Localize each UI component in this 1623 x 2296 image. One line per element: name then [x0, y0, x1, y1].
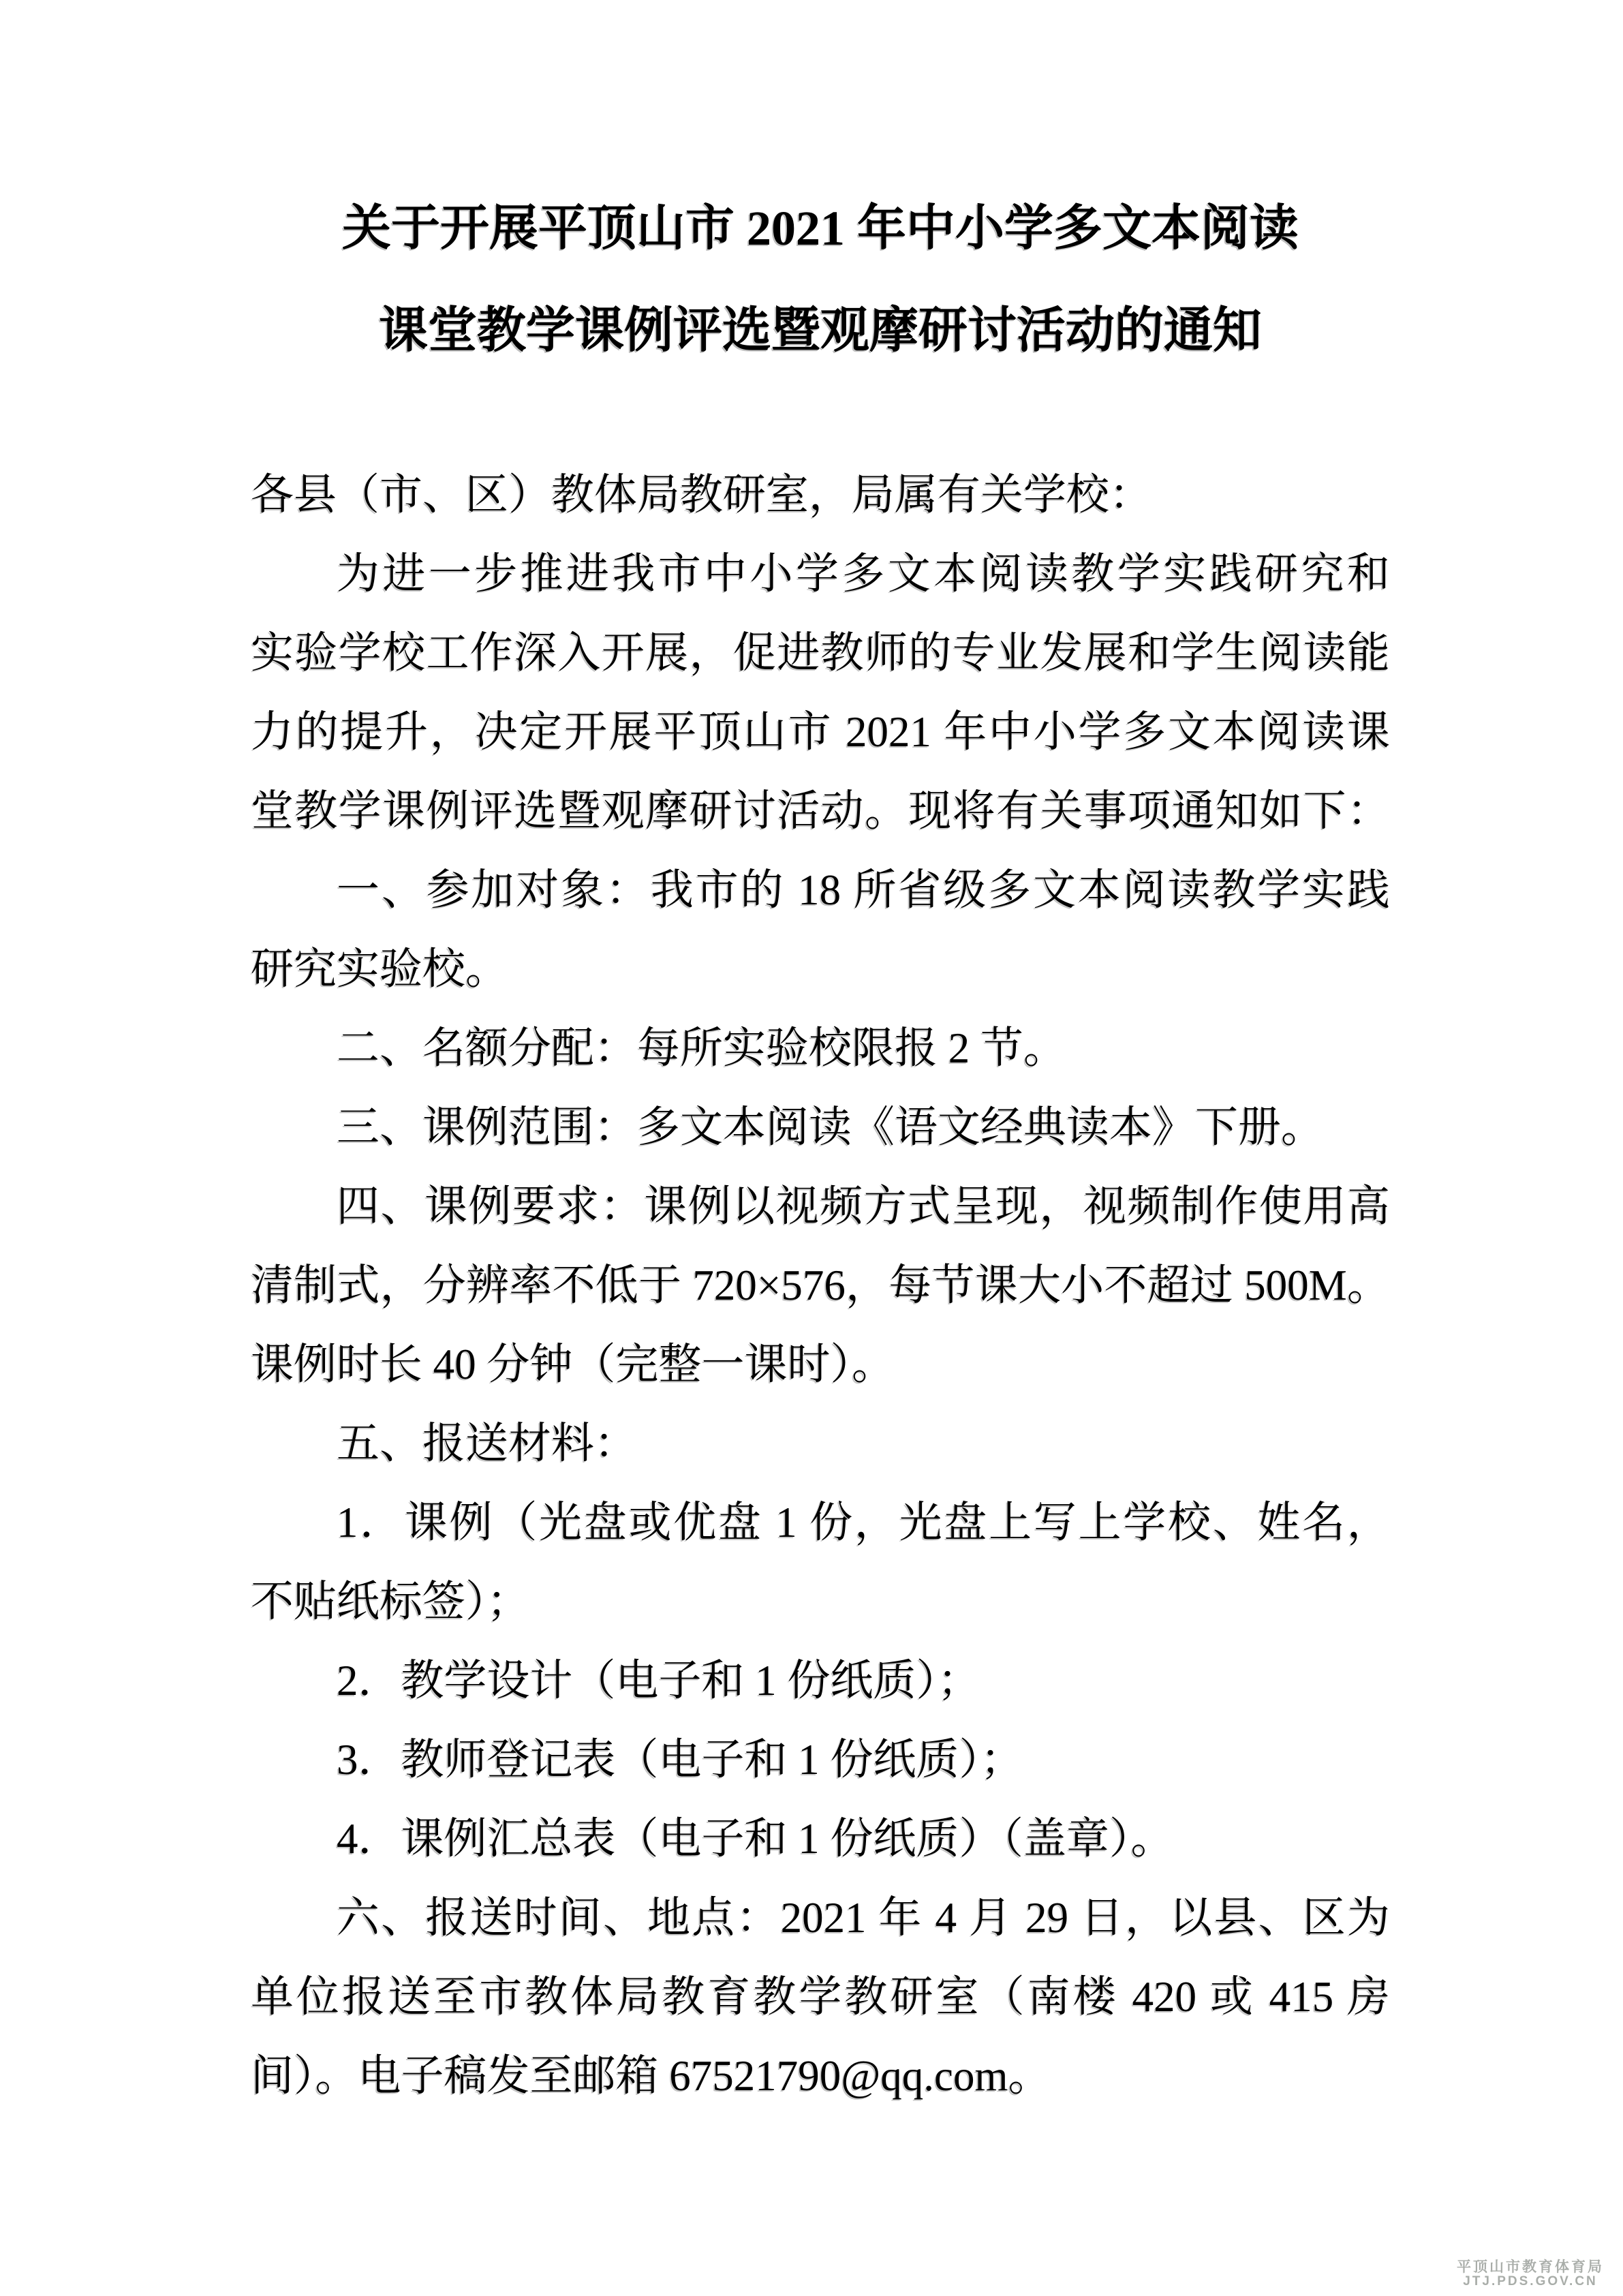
document-body: 各县（市、区）教体局教研室，局属有关学校：为进一步推进我市中小学多文本阅读教学实… — [251, 455, 1390, 2115]
notice-document: 关于开展平顶山市 2021 年中小学多文本阅读 课堂教学课例评选暨观摩研讨活动的… — [251, 177, 1390, 2115]
title-line-2: 课堂教学课例评选暨观摩研讨活动的通知 — [251, 279, 1390, 382]
body-line: 课例时长 40 分钟（完整一课时）。 — [251, 1325, 1390, 1404]
body-line: 间）。电子稿发至邮箱 67521790@qq.com。 — [251, 2036, 1390, 2115]
body-line: 4．课例汇总表（电子和 1 份纸质）（盖章）。 — [251, 1799, 1390, 1878]
watermark-org-name: 平顶山市教育体育局 — [1457, 2259, 1604, 2275]
title-line-1: 关于开展平顶山市 2021 年中小学多文本阅读 — [251, 177, 1390, 279]
body-line: 三、课例范围：多文本阅读《语文经典读本》下册。 — [251, 1088, 1390, 1167]
body-line: 四、课例要求：课例以视频方式呈现，视频制作使用高 — [251, 1167, 1390, 1246]
body-line: 研究实验校。 — [251, 930, 1390, 1009]
body-line: 为进一步推进我市中小学多文本阅读教学实践研究和 — [251, 534, 1390, 613]
body-line: 不贴纸标签）； — [251, 1562, 1390, 1641]
body-line: 1．课例（光盘或优盘 1 份，光盘上写上学校、姓名， — [251, 1483, 1390, 1562]
body-line: 实验学校工作深入开展，促进教师的专业发展和学生阅读能 — [251, 613, 1390, 692]
body-line: 六、报送时间、地点：2021 年 4 月 29 日，以县、区为 — [251, 1878, 1390, 1957]
body-line: 二、名额分配：每所实验校限报 2 节。 — [251, 1009, 1390, 1088]
body-line: 五、报送材料： — [251, 1404, 1390, 1483]
body-line: 2．教学设计（电子和 1 份纸质）； — [251, 1641, 1390, 1720]
body-line: 单位报送至市教体局教育教学教研室（南楼 420 或 415 房 — [251, 1957, 1390, 2036]
watermark: 平顶山市教育体育局 JTJ.PDS.GOV.CN — [1457, 2259, 1604, 2289]
body-line: 一、参加对象：我市的 18 所省级多文本阅读教学实践 — [251, 851, 1390, 930]
body-line: 力的提升，决定开展平顶山市 2021 年中小学多文本阅读课 — [251, 692, 1390, 771]
document-page: 关于开展平顶山市 2021 年中小学多文本阅读 课堂教学课例评选暨观摩研讨活动的… — [0, 0, 1623, 2296]
body-line: 清制式，分辨率不低于 720×576，每节课大小不超过 500M。 — [251, 1246, 1390, 1325]
document-title: 关于开展平顶山市 2021 年中小学多文本阅读 课堂教学课例评选暨观摩研讨活动的… — [251, 177, 1390, 382]
body-line: 堂教学课例评选暨观摩研讨活动。现将有关事项通知如下： — [251, 771, 1390, 851]
body-line: 3．教师登记表（电子和 1 份纸质）； — [251, 1720, 1390, 1799]
body-line: 各县（市、区）教体局教研室，局属有关学校： — [251, 455, 1390, 534]
watermark-domain: JTJ.PDS.GOV.CN — [1457, 2275, 1604, 2289]
